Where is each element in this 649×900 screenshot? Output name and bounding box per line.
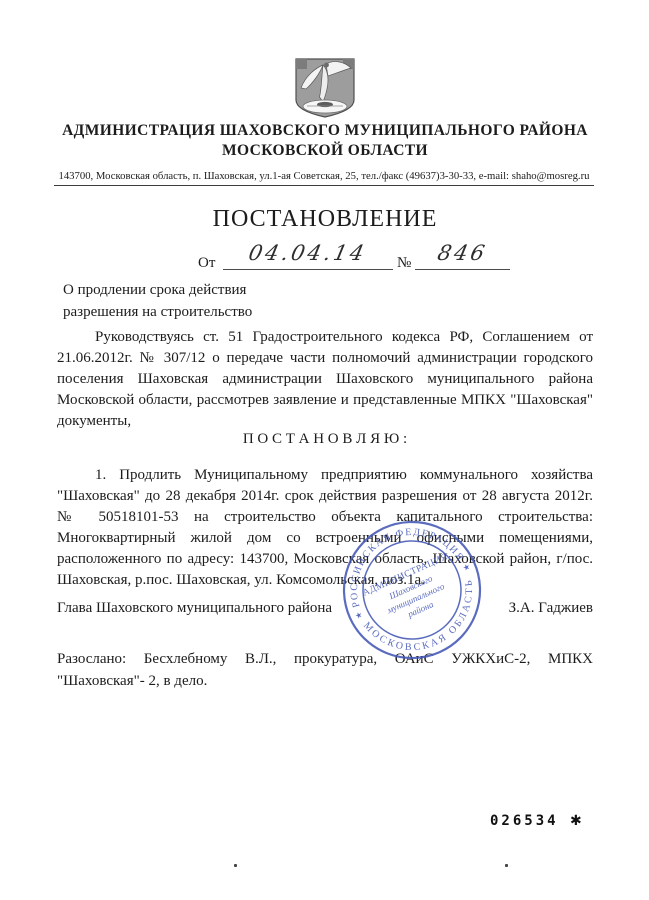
signer-name: З.А. Гаджиев: [509, 600, 593, 617]
number-label: №: [397, 255, 411, 272]
asterisk-mark: ✱: [570, 813, 582, 829]
handwritten-date: 04.04.14: [247, 241, 370, 265]
number-field: 846: [415, 241, 510, 270]
stamp-star-right: ★: [461, 562, 471, 573]
emblem-container: [0, 58, 649, 123]
scan-artifact-dot: [505, 864, 508, 867]
preamble-paragraph: Руководствуясь ст. 51 Градостроительного…: [57, 327, 593, 432]
signature-row: Глава Шаховского муниципального района З…: [57, 600, 593, 617]
date-label: От: [198, 255, 215, 272]
document-subject: О продлении срока действия разрешения на…: [63, 279, 463, 323]
registration-code: 026534 ✱: [490, 813, 582, 829]
scan-artifact-dot: [234, 864, 237, 867]
document-title: ПОСТАНОВЛЕНИЕ: [57, 206, 593, 233]
scanned-document-page: АДМИНИСТРАЦИЯ ШАХОВСКОГО МУНИЦИПАЛЬНОГО …: [0, 0, 649, 900]
distribution-line: Разослано: Бесхлебному В.Л., прокуратура…: [57, 648, 593, 692]
date-field: 04.04.14: [223, 241, 393, 270]
handwritten-number: 846: [435, 241, 489, 265]
registration-code-digits: 026534: [490, 813, 559, 829]
signer-position: Глава Шаховского муниципального района: [57, 600, 332, 617]
organization-name: АДМИНИСТРАЦИЯ ШАХОВСКОГО МУНИЦИПАЛЬНОГО …: [57, 121, 593, 161]
stamp-star-left: ★: [354, 610, 364, 621]
org-name-line2: МОСКОВСКОЙ ОБЛАСТИ: [57, 141, 593, 161]
contact-line: 143700, Московская область, п. Шаховская…: [54, 170, 594, 186]
org-name-line1: АДМИНИСТРАЦИЯ ШАХОВСКОГО МУНИЦИПАЛЬНОГО …: [57, 121, 593, 141]
subject-line2: разрешения на строительство: [63, 301, 463, 323]
falcon-shield-icon: [293, 58, 357, 118]
resolve-heading: П О С Т А Н О В Л Я Ю :: [57, 431, 593, 448]
subject-line1: О продлении срока действия: [63, 279, 463, 301]
